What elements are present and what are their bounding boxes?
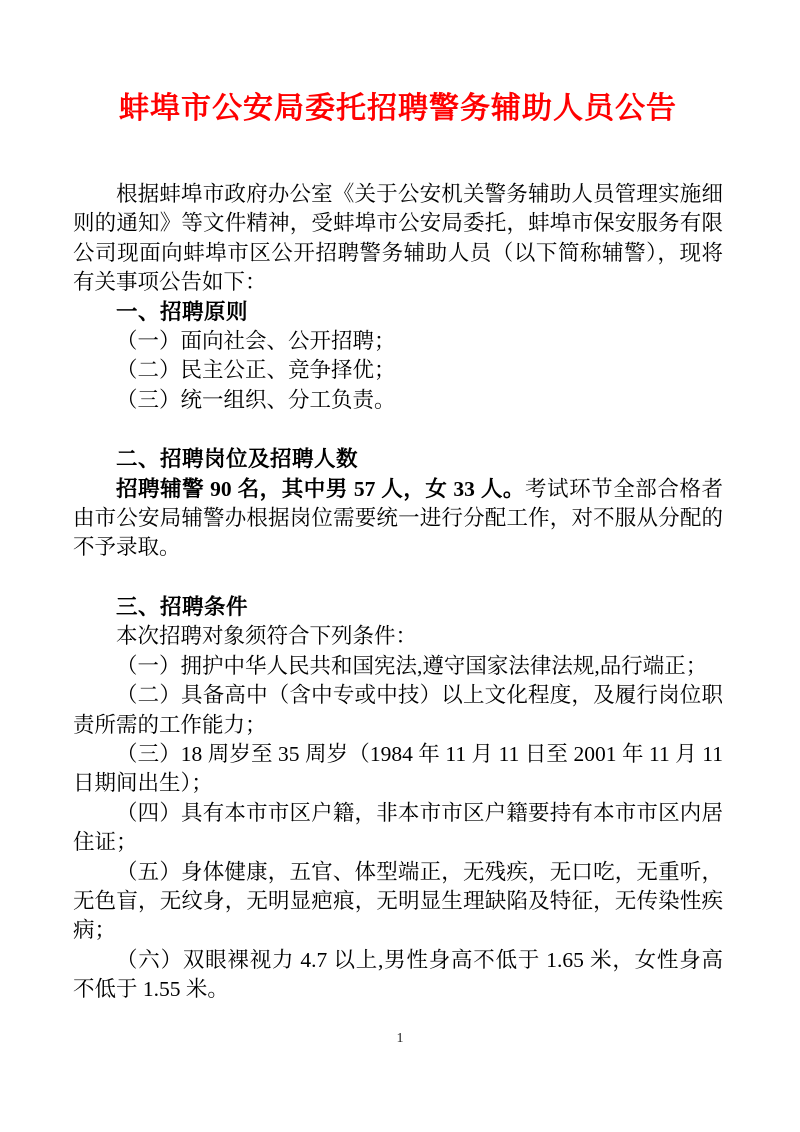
section-3-item-4: （四）具有本市市区户籍，非本市市区户籍要持有本市市区内居住证； [73,799,723,858]
section-3-item-3: （三）18 周岁至 35 周岁（1984 年 11 月 11 日至 2001 年… [73,740,723,799]
document-page: 蚌埠市公安局委托招聘警务辅助人员公告 根据蚌埠市政府办公室《关于公安机关警务辅助… [0,0,800,1132]
section-3-intro: 本次招聘对象须符合下列条件： [73,622,723,651]
section-1-item-3: （三）统一组织、分工负责。 [73,386,723,415]
section-1-item-1: （一）面向社会、公开招聘； [73,327,723,356]
section-1-item-2: （二）民主公正、竞争择优； [73,356,723,385]
section-1-heading: 一、招聘原则 [73,298,723,327]
section-3-item-1: （一）拥护中华人民共和国宪法,遵守国家法律法规,品行端正； [73,652,723,681]
document-title: 蚌埠市公安局委托招聘警务辅助人员公告 [73,88,723,130]
section-3-item-5: （五）身体健康，五官、体型端正，无残疾，无口吃，无重听，无色盲，无纹身，无明显疤… [73,858,723,946]
page-number: 1 [0,1030,800,1048]
section-2-lead-bold: 招聘辅警 90 名，其中男 57 人，女 33 人。 [116,477,525,501]
section-3-heading: 三、招聘条件 [73,593,723,622]
section-2-paragraph: 招聘辅警 90 名，其中男 57 人，女 33 人。考试环节全部合格者由市公安局… [73,475,723,563]
intro-paragraph: 根据蚌埠市政府办公室《关于公安机关警务辅助人员管理实施细则的通知》等文件精神，受… [73,180,723,298]
section-2-heading: 二、招聘岗位及招聘人数 [73,445,723,474]
section-3-item-6: （六）双眼裸视力 4.7 以上,男性身高不低于 1.65 米，女性身高不低于 1… [73,946,723,1005]
section-3-item-2: （二）具备高中（含中专或中技）以上文化程度，及履行岗位职责所需的工作能力； [73,681,723,740]
document-body: 根据蚌埠市政府办公室《关于公安机关警务辅助人员管理实施细则的通知》等文件精神，受… [73,180,723,1005]
